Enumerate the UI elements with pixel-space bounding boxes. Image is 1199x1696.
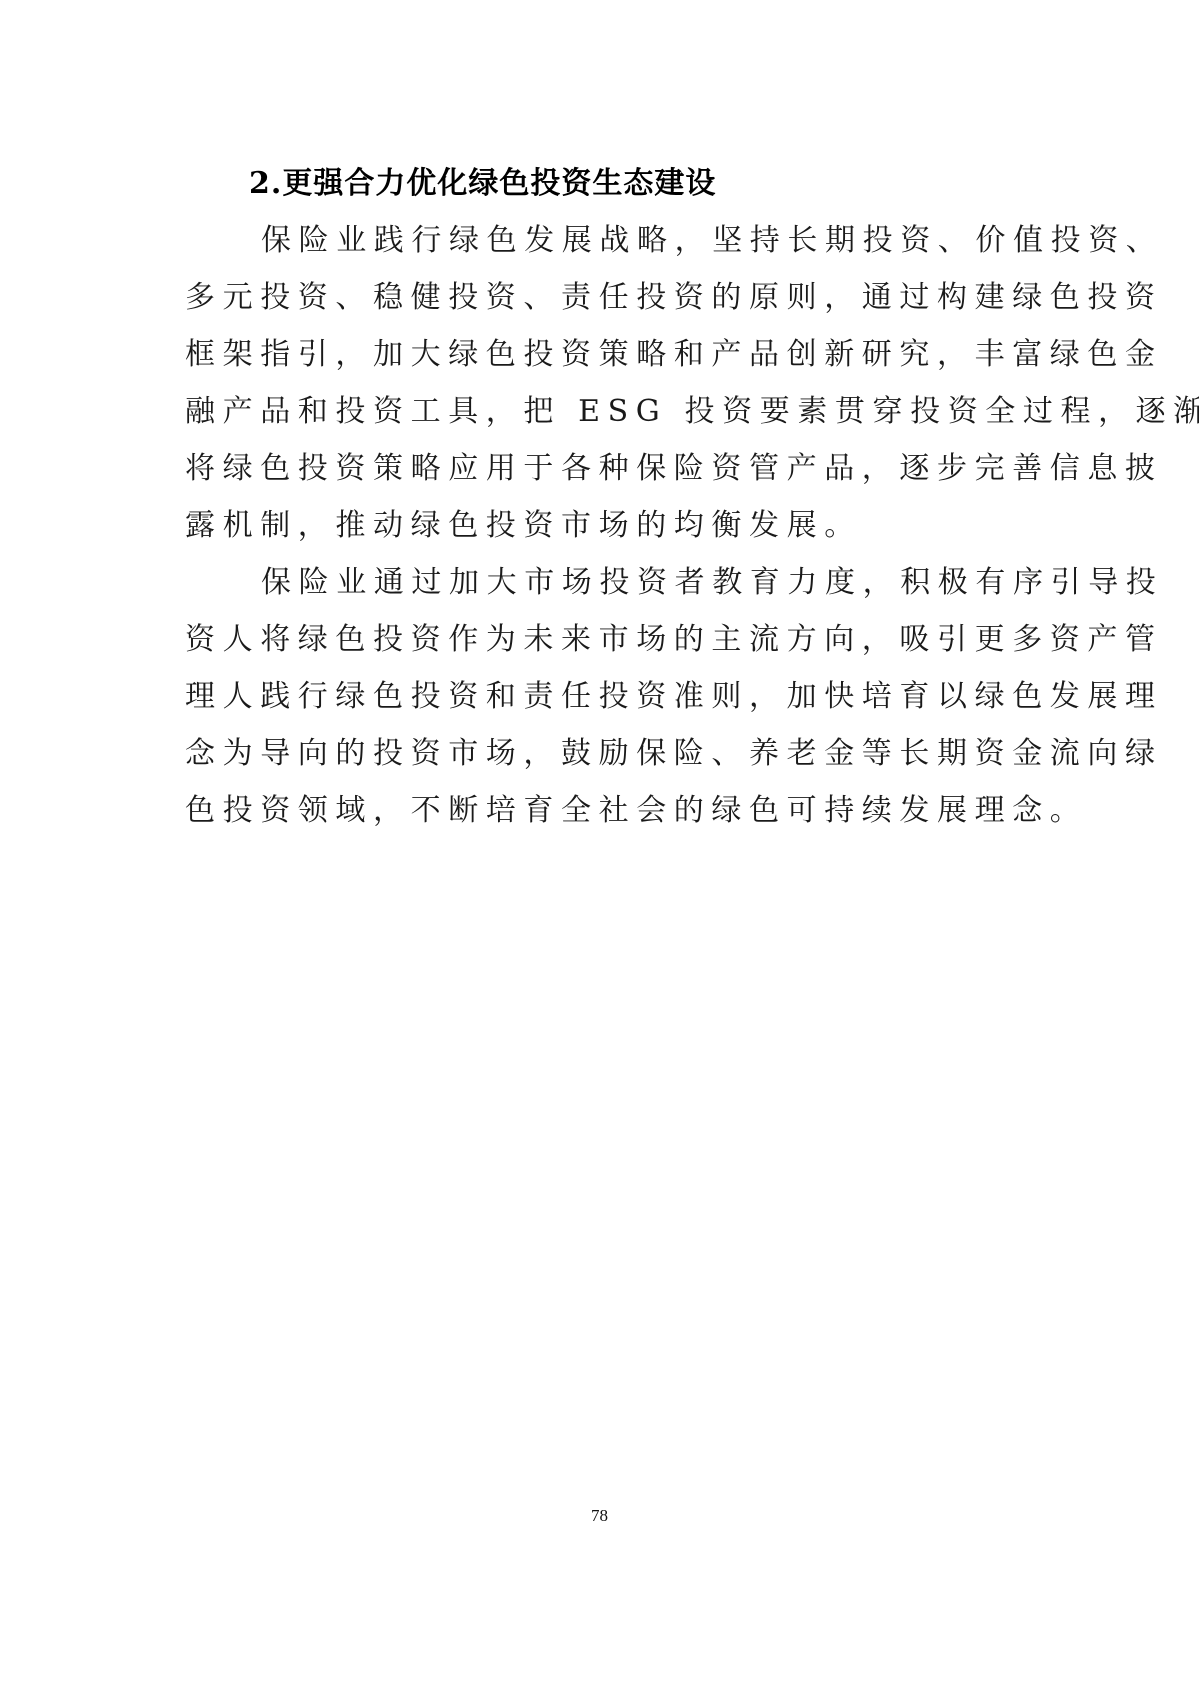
text-line: 色投资领域，不断培育全社会的绿色可持续发展理念。 bbox=[185, 782, 1025, 839]
document-page: 2.更强合力优化绿色投资生态建设 保险业践行绿色发展战略，坚持长期投资、价值投资… bbox=[0, 0, 1199, 1696]
text-line: 保险业通过加大市场投资者教育力度，积极有序引导投 bbox=[185, 554, 1025, 611]
text-line: 资人将绿色投资作为未来市场的主流方向，吸引更多资产管 bbox=[185, 611, 1025, 668]
text-line: 多元投资、稳健投资、责任投资的原则，通过构建绿色投资 bbox=[185, 269, 1025, 326]
text-line: 念为导向的投资市场，鼓励保险、养老金等长期资金流向绿 bbox=[185, 725, 1025, 782]
paragraph-2: 保险业通过加大市场投资者教育力度，积极有序引导投 资人将绿色投资作为未来市场的主… bbox=[185, 554, 1025, 839]
text-line: 保险业践行绿色发展战略，坚持长期投资、价值投资、 bbox=[185, 212, 1025, 269]
page-content: 2.更强合力优化绿色投资生态建设 保险业践行绿色发展战略，坚持长期投资、价值投资… bbox=[185, 155, 1025, 839]
text-line: 框架指引，加大绿色投资策略和产品创新研究，丰富绿色金 bbox=[185, 326, 1025, 383]
section-heading: 2.更强合力优化绿色投资生态建设 bbox=[185, 155, 1025, 212]
text-line: 露机制，推动绿色投资市场的均衡发展。 bbox=[185, 497, 1025, 554]
page-number: 78 bbox=[0, 1506, 1199, 1526]
text-line: 将绿色投资策略应用于各种保险资管产品，逐步完善信息披 bbox=[185, 440, 1025, 497]
paragraph-1: 保险业践行绿色发展战略，坚持长期投资、价值投资、 多元投资、稳健投资、责任投资的… bbox=[185, 212, 1025, 554]
text-line: 融产品和投资工具，把 ESG 投资要素贯穿投资全过程，逐渐 bbox=[185, 383, 1025, 440]
text-line: 理人践行绿色投资和责任投资准则，加快培育以绿色发展理 bbox=[185, 668, 1025, 725]
